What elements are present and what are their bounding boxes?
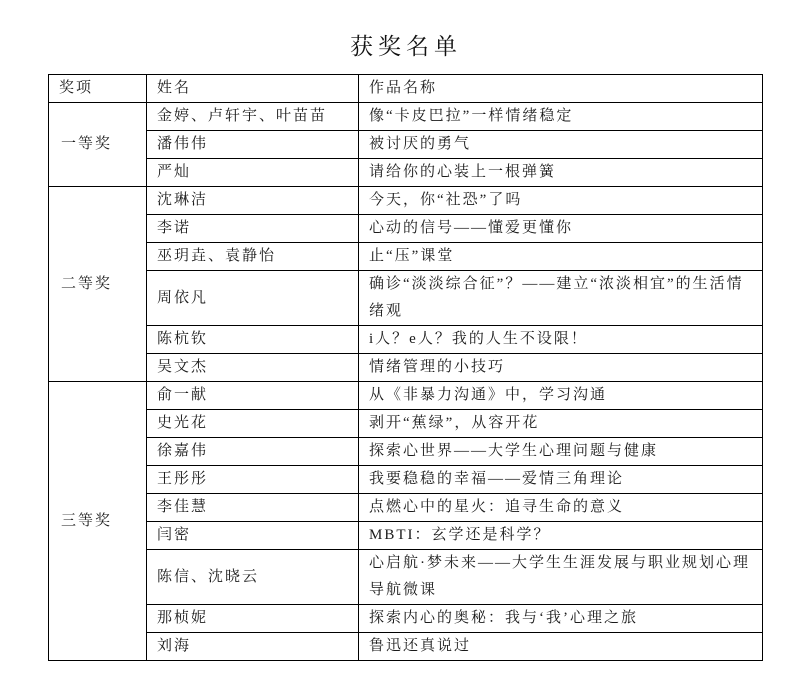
page-title: 获奖名单 — [0, 28, 812, 61]
work-cell: 探索心世界——大学生心理问题与健康 — [359, 438, 763, 466]
table-row: 王彤彤我要稳稳的幸福——爱情三角理论 — [49, 466, 763, 494]
name-cell: 吴文杰 — [147, 354, 359, 382]
header-work: 作品名称 — [359, 75, 763, 103]
table-row: 史光花剥开“蕉绿”，从容开花 — [49, 410, 763, 438]
work-cell: 请给你的心装上一根弹簧 — [359, 159, 763, 187]
header-name: 姓名 — [147, 75, 359, 103]
table-row: 那桢妮探索内心的奥秘：我与‘我’心理之旅 — [49, 605, 763, 633]
name-cell: 那桢妮 — [147, 605, 359, 633]
name-cell: 陈信、沈晓云 — [147, 550, 359, 605]
name-cell: 沈琳洁 — [147, 187, 359, 215]
work-cell: 剥开“蕉绿”，从容开花 — [359, 410, 763, 438]
award-table: 奖项 姓名 作品名称 一等奖金婷、卢轩宇、叶苗苗像“卡皮巴拉”一样情绪稳定潘伟伟… — [48, 74, 763, 661]
name-cell: 周依凡 — [147, 271, 359, 326]
award-cell: 一等奖 — [49, 103, 147, 187]
header-row: 奖项 姓名 作品名称 — [49, 75, 763, 103]
name-cell: 史光花 — [147, 410, 359, 438]
table-row: 二等奖沈琳洁今天，你“社恐”了吗 — [49, 187, 763, 215]
name-cell: 王彤彤 — [147, 466, 359, 494]
name-cell: 陈杭钦 — [147, 326, 359, 354]
award-cell: 三等奖 — [49, 382, 147, 661]
name-cell: 闫密 — [147, 522, 359, 550]
work-cell: 从《非暴力沟通》中，学习沟通 — [359, 382, 763, 410]
work-cell: i人？e人？我的人生不设限！ — [359, 326, 763, 354]
table-row: 一等奖金婷、卢轩宇、叶苗苗像“卡皮巴拉”一样情绪稳定 — [49, 103, 763, 131]
table-row: 李佳慧点燃心中的星火：追寻生命的意义 — [49, 494, 763, 522]
name-cell: 俞一献 — [147, 382, 359, 410]
name-cell: 金婷、卢轩宇、叶苗苗 — [147, 103, 359, 131]
table-row: 严灿请给你的心装上一根弹簧 — [49, 159, 763, 187]
name-cell: 潘伟伟 — [147, 131, 359, 159]
name-cell: 刘海 — [147, 633, 359, 661]
header-award: 奖项 — [49, 75, 147, 103]
work-cell: 心启航·梦未来——大学生生涯发展与职业规划心理导航微课 — [359, 550, 763, 605]
work-cell: 心动的信号——懂爱更懂你 — [359, 215, 763, 243]
work-cell: 点燃心中的星火：追寻生命的意义 — [359, 494, 763, 522]
work-cell: 确诊“淡淡综合征”？——建立“浓淡相宜”的生活情绪观 — [359, 271, 763, 326]
table-row: 徐嘉伟探索心世界——大学生心理问题与健康 — [49, 438, 763, 466]
document-page: 获奖名单 奖项 姓名 作品名称 一等奖金婷、卢轩宇、叶苗苗像“卡皮巴拉”一样情绪… — [0, 0, 812, 679]
award-table-body: 一等奖金婷、卢轩宇、叶苗苗像“卡皮巴拉”一样情绪稳定潘伟伟被讨厌的勇气严灿请给你… — [49, 103, 763, 661]
work-cell: MBTI：玄学还是科学？ — [359, 522, 763, 550]
work-cell: 被讨厌的勇气 — [359, 131, 763, 159]
work-cell: 鲁迅还真说过 — [359, 633, 763, 661]
name-cell: 徐嘉伟 — [147, 438, 359, 466]
table-row: 潘伟伟被讨厌的勇气 — [49, 131, 763, 159]
name-cell: 李佳慧 — [147, 494, 359, 522]
table-row: 陈杭钦i人？e人？我的人生不设限！ — [49, 326, 763, 354]
work-cell: 探索内心的奥秘：我与‘我’心理之旅 — [359, 605, 763, 633]
table-row: 吴文杰情绪管理的小技巧 — [49, 354, 763, 382]
award-cell: 二等奖 — [49, 187, 147, 382]
table-row: 三等奖俞一献从《非暴力沟通》中，学习沟通 — [49, 382, 763, 410]
table-row: 闫密MBTI：玄学还是科学？ — [49, 522, 763, 550]
table-row: 巫玥垚、袁静怡止“压”课堂 — [49, 243, 763, 271]
table-row: 刘海鲁迅还真说过 — [49, 633, 763, 661]
name-cell: 严灿 — [147, 159, 359, 187]
work-cell: 情绪管理的小技巧 — [359, 354, 763, 382]
table-row: 陈信、沈晓云心启航·梦未来——大学生生涯发展与职业规划心理导航微课 — [49, 550, 763, 605]
name-cell: 巫玥垚、袁静怡 — [147, 243, 359, 271]
table-row: 周依凡确诊“淡淡综合征”？——建立“浓淡相宜”的生活情绪观 — [49, 271, 763, 326]
name-cell: 李诺 — [147, 215, 359, 243]
work-cell: 今天，你“社恐”了吗 — [359, 187, 763, 215]
table-row: 李诺心动的信号——懂爱更懂你 — [49, 215, 763, 243]
work-cell: 我要稳稳的幸福——爱情三角理论 — [359, 466, 763, 494]
work-cell: 止“压”课堂 — [359, 243, 763, 271]
work-cell: 像“卡皮巴拉”一样情绪稳定 — [359, 103, 763, 131]
